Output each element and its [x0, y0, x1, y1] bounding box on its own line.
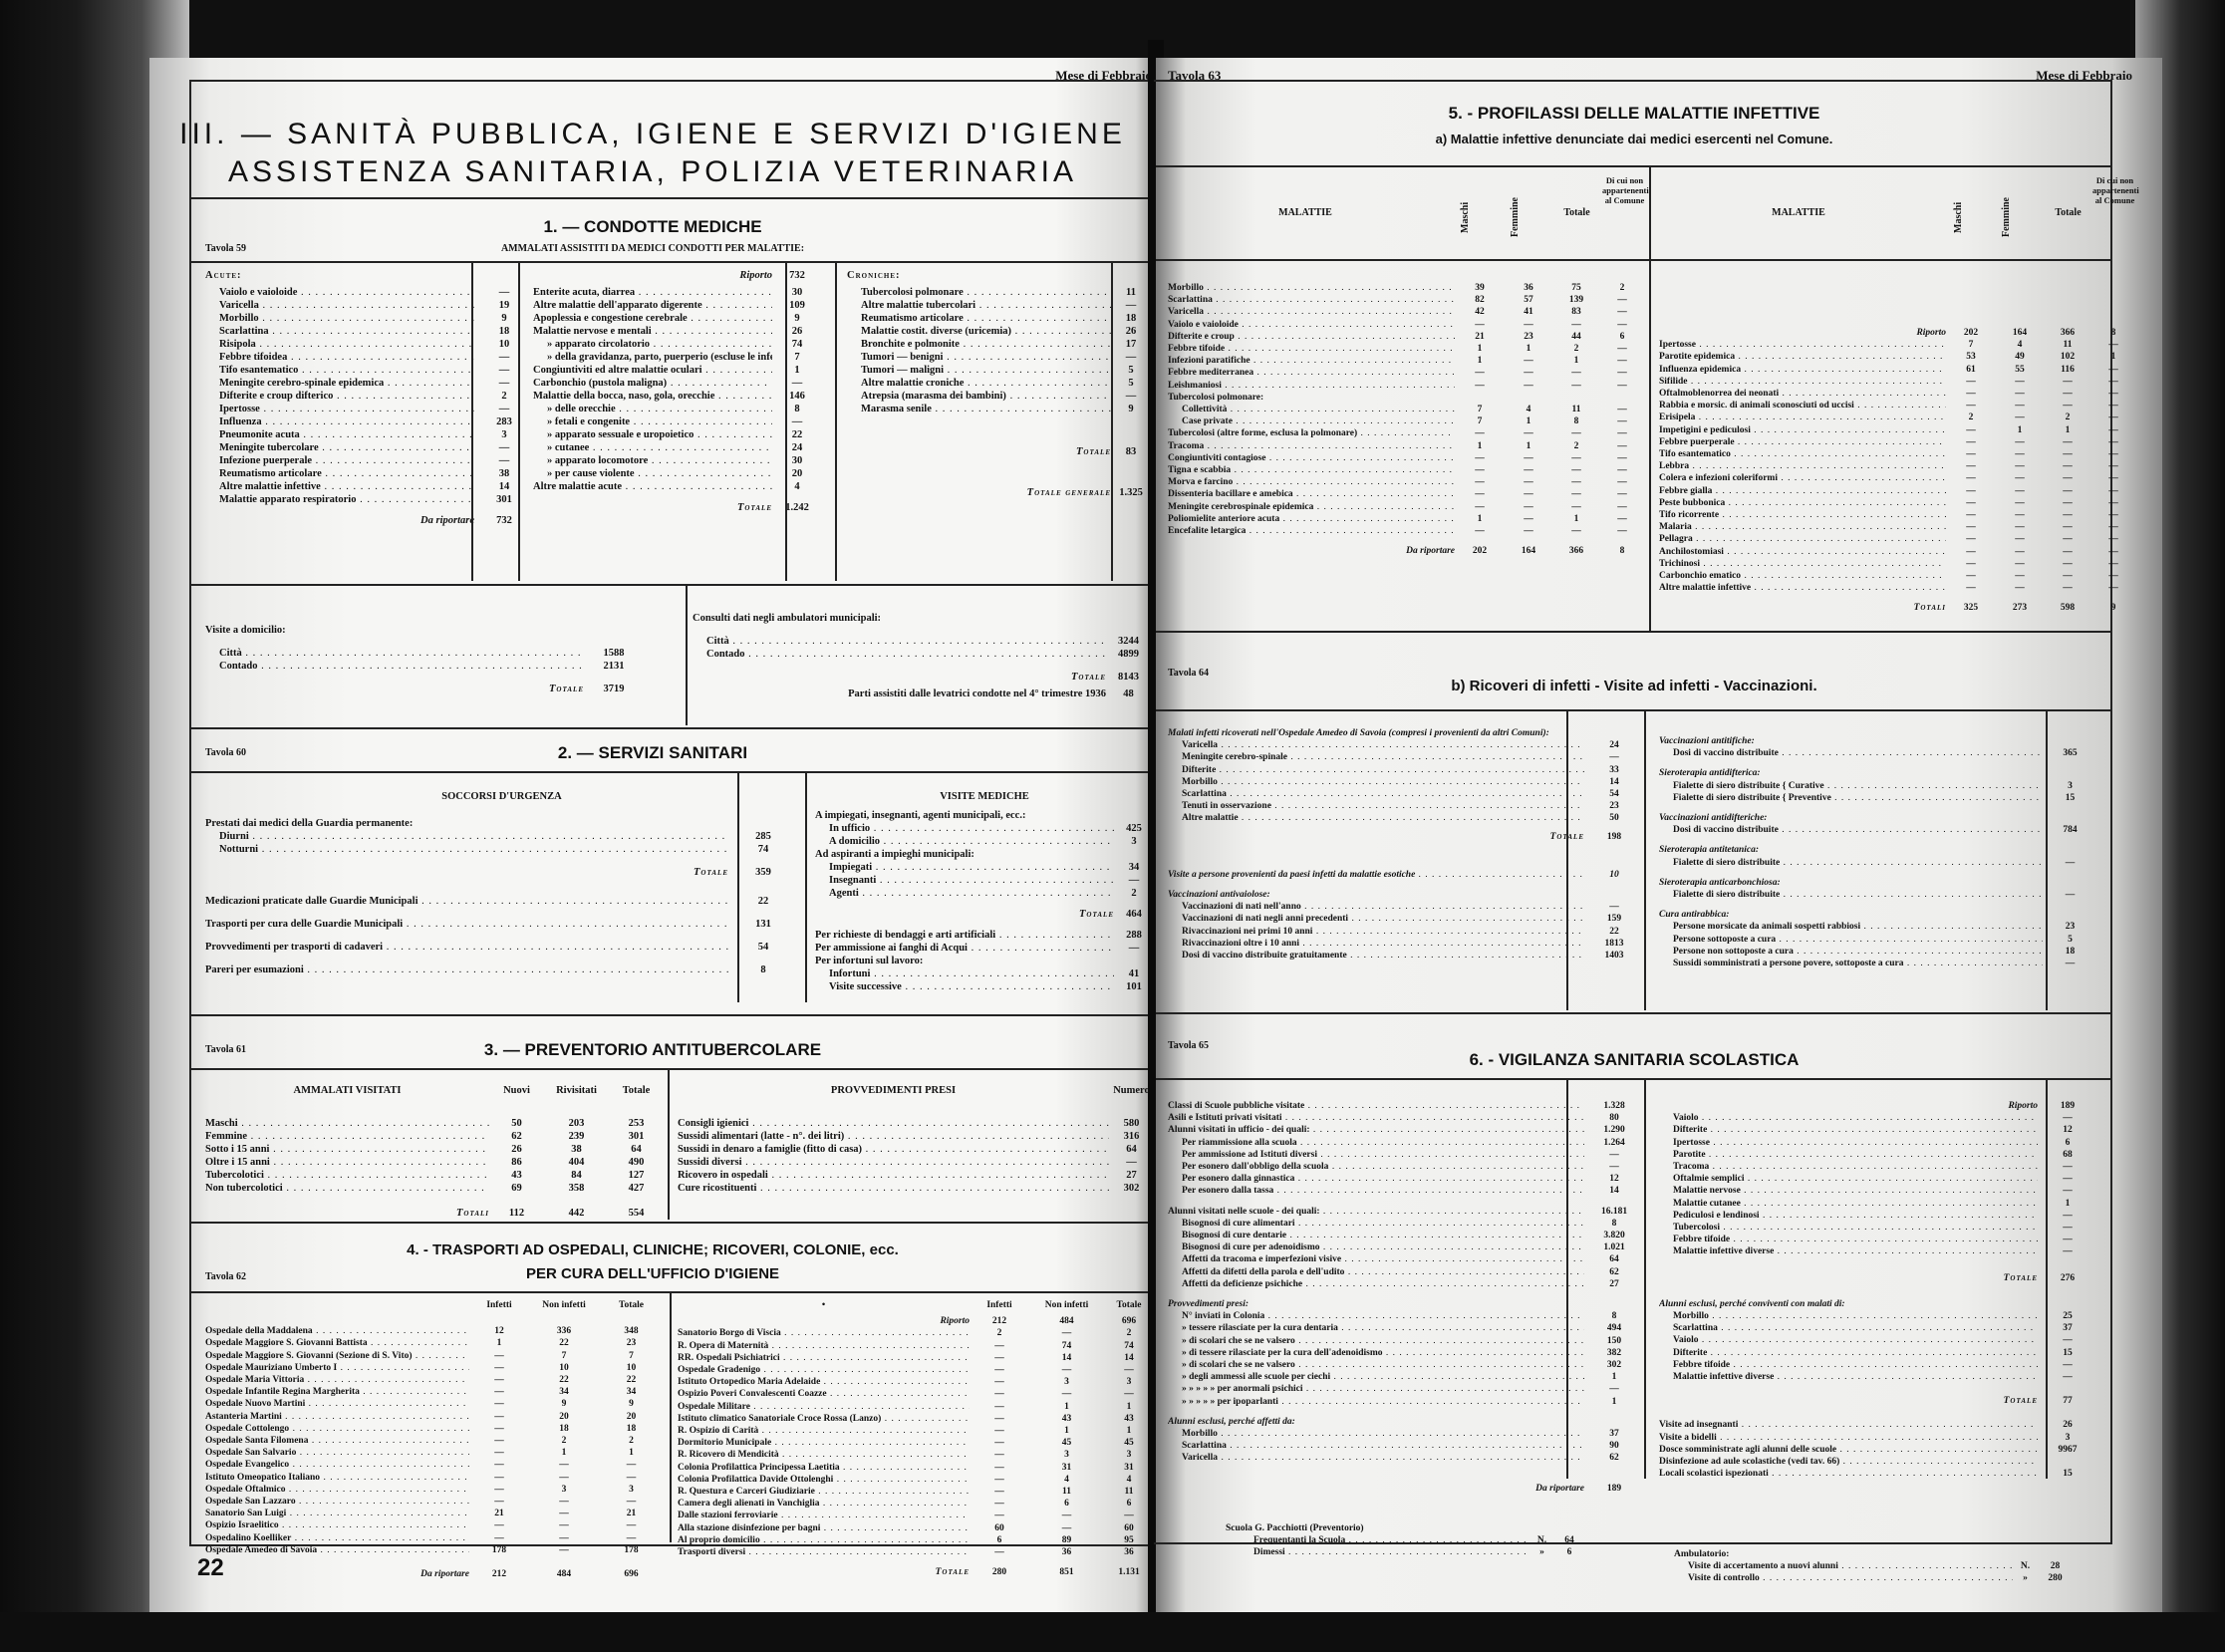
row-value: 7	[1946, 339, 1996, 351]
table-row: Meningite cerebro-spinale epidemica—	[205, 377, 534, 390]
row-label: Morbillo	[1168, 282, 1455, 294]
row-label: Affetti da deficienze psichiche	[1168, 1278, 1584, 1290]
row-value: —	[469, 1484, 529, 1496]
row-value: 109	[772, 299, 822, 312]
table-row: Sotto i 15 anni263864	[205, 1143, 664, 1156]
table-row: » » » » » per anormali psichici—	[1168, 1383, 1644, 1395]
row-value: 44	[1552, 331, 1600, 343]
section-title-trasporti: 4. - TRASPORTI AD OSPEDALI, CLINICHE; RI…	[149, 1241, 1156, 1258]
row-value: 60	[970, 1522, 1029, 1534]
row-label: Malattie nervose	[1659, 1185, 2038, 1197]
row-value: —	[1552, 501, 1600, 513]
table-row: Persone sottoposte a cura5	[1659, 934, 2097, 946]
row-label: Meningite cerebrospinale epidemica	[1168, 501, 1455, 513]
row-value: —	[1455, 427, 1505, 439]
table-row: Morbillo9	[205, 312, 534, 325]
row-value: —	[1600, 427, 1644, 439]
row-value: 20	[772, 467, 822, 480]
row-label: Tracoma	[1168, 440, 1455, 452]
row-value: —	[1946, 570, 1996, 582]
row-label: Visite ad insegnanti	[1659, 1419, 2038, 1431]
row-value: 69	[489, 1182, 544, 1195]
row-value: 61	[1946, 364, 1996, 376]
row-value: —	[1029, 1327, 1104, 1339]
row-value: 784	[2043, 824, 2097, 836]
row-value: 4	[772, 480, 822, 493]
row-label: Ipertosse	[1659, 1137, 2038, 1149]
row-label: Congiuntiviti contagiose	[1168, 452, 1455, 464]
row-value: —	[599, 1532, 664, 1544]
table-row: Pellagra————	[1659, 533, 2135, 545]
group-header: Cura antirabbica:	[1659, 909, 2097, 921]
row-value: 7	[1455, 404, 1505, 415]
row-value: 116	[2044, 364, 2091, 376]
table-row: Non tubercolotici69358427	[205, 1182, 664, 1195]
malattie-table-a: Morbillo3936752Scarlattina8257139—Varice…	[1168, 282, 1644, 557]
row-label: » delle orecchie	[533, 403, 772, 415]
row-value: —	[2091, 424, 2135, 436]
row-label: Febbre gialla	[1659, 485, 1946, 497]
table-row: Provvedimenti per trasporti di cadaveri5…	[205, 941, 798, 954]
table-row: Infortuni41	[815, 967, 1154, 980]
table-row: Femmine62239301	[205, 1130, 664, 1143]
row-value: 14	[1584, 776, 1644, 788]
row-value: 365	[2043, 747, 2097, 759]
row-value: 36	[1104, 1546, 1154, 1558]
row-value: 1588	[584, 647, 644, 660]
table-row: Vaccinazioni di nati nell'anno—	[1168, 901, 1644, 913]
row-value: —	[1996, 460, 2044, 472]
row-label: Bisognosi di cure dentarie	[1168, 1230, 1584, 1241]
row-value: —	[772, 377, 822, 390]
row-value: —	[1505, 380, 1552, 392]
row-value: 150	[1584, 1335, 1644, 1347]
row-label: Tubercolosi	[1659, 1222, 2038, 1234]
row-value: —	[2091, 400, 2135, 412]
table-row: » di scolari che se ne valsero150	[1168, 1335, 1644, 1347]
row-value: 26	[489, 1143, 544, 1156]
row-value: 23	[599, 1337, 664, 1349]
provvedimenti-presi-table: PROVVEDIMENTI PRESINumero Consigli igien…	[678, 1084, 1154, 1195]
section-title-preventorio: 3. — PREVENTORIO ANTITUBERCOLARE	[149, 1040, 1156, 1060]
row-value: —	[1600, 440, 1644, 452]
row-value: 9	[1111, 403, 1151, 415]
row-value: —	[1946, 558, 1996, 570]
row-value: 5	[1111, 364, 1151, 377]
row-value: 23	[1584, 800, 1644, 812]
row-value: 84	[544, 1169, 609, 1182]
row-label: Malattie costit. diverse (uricemia)	[847, 325, 1111, 338]
row-value: —	[1104, 1510, 1154, 1521]
row-value: —	[529, 1472, 599, 1484]
table-row: Tifo ricorrente————	[1659, 509, 2135, 521]
row-value: —	[1946, 472, 1996, 484]
row-value: —	[529, 1544, 599, 1556]
scuola-pacchiotti-footer: Scuola G. Pacchiotti (Preventorio) Frequ…	[1226, 1522, 1584, 1559]
table-row: Altre malattie tubercolari—	[847, 299, 1151, 312]
row-value: —	[469, 1386, 529, 1398]
row-value: —	[2091, 448, 2135, 460]
table-row: Leishmaniosi————	[1168, 380, 1644, 392]
row-label: Scarlattina	[1659, 1322, 2038, 1334]
row-label: Dormitorio Municipale	[678, 1437, 970, 1449]
row-label: Tubercolosi polmonare:	[1168, 392, 1455, 404]
row-value: 1.264	[1584, 1137, 1644, 1149]
row-value: —	[2044, 533, 2091, 545]
row-label: Case private	[1168, 415, 1455, 427]
row-value: —	[474, 377, 534, 390]
row-value: 301	[609, 1130, 664, 1143]
row-value: —	[2044, 376, 2091, 388]
table-row: Sussidi alimentari (latte - n°. dei litr…	[678, 1130, 1154, 1143]
row-label: Ospedale Gradenigo	[678, 1364, 970, 1376]
row-value: —	[970, 1340, 1029, 1352]
row-value: 57	[1505, 294, 1552, 306]
row-value: 1	[1455, 440, 1505, 452]
row-value: 2	[2044, 412, 2091, 423]
row-value: —	[474, 364, 534, 377]
row-label: Contado	[205, 660, 584, 673]
row-value: 39	[1455, 282, 1505, 294]
row-value: —	[2091, 412, 2135, 423]
row-label: Per richieste di bendaggi e arti artific…	[815, 929, 1114, 942]
row-value: —	[2044, 570, 2091, 582]
row-label: Agenti	[815, 887, 1114, 900]
row-label: Parotite	[1659, 1149, 2038, 1161]
table-row: Fialette di siero distribuite—	[1659, 857, 2097, 869]
row-value: —	[970, 1510, 1029, 1521]
row-label: Persone non sottoposte a cura	[1659, 946, 2043, 958]
row-label: Scarlattina	[1168, 788, 1584, 800]
row-value: —	[474, 286, 534, 299]
row-value: 203	[544, 1117, 609, 1130]
row-value: —	[1996, 509, 2044, 521]
row-value: —	[970, 1376, 1029, 1388]
table-row: Morbillo37	[1168, 1428, 1644, 1440]
row-value: 18	[599, 1423, 664, 1435]
row-value: —	[2044, 558, 2091, 570]
row-value: —	[970, 1486, 1029, 1498]
row-label: Locali scolastici ispezionati	[1659, 1468, 2038, 1480]
row-value: 7	[529, 1350, 599, 1362]
table-row: Meningite cerebro-spinale—	[1168, 751, 1644, 763]
row-label: » tessere rilasciate per la cura dentari…	[1168, 1322, 1584, 1334]
table-row: Sussidi diversi—	[678, 1156, 1154, 1169]
table-row: Per esonero dalla ginnastica12	[1168, 1173, 1644, 1185]
table-row: Al proprio domicilio68995	[678, 1534, 1154, 1546]
row-label: Febbre tifoide	[1659, 1359, 2038, 1371]
row-value: —	[599, 1459, 664, 1471]
table-row: Ospedale Militare—11	[678, 1401, 1154, 1413]
row-value: —	[1600, 355, 1644, 367]
row-label: » per cause violente	[533, 467, 772, 480]
row-value: 62	[489, 1130, 544, 1143]
ammalati-visitati-table: AMMALATI VISITATINuoviRivisitatiTotale M…	[205, 1084, 664, 1220]
table-row: Difterite15	[1659, 1347, 2097, 1359]
row-value: —	[2091, 546, 2135, 558]
table-row: Medicazioni praticate dalle Guardie Muni…	[205, 895, 798, 908]
row-value: —	[970, 1388, 1029, 1400]
row-value: 21	[469, 1508, 529, 1519]
table-row: Vaiolo e vaioloide————	[1168, 319, 1644, 331]
consulti-ambulatori: Consulti dati negli ambulatori municipal…	[693, 612, 1151, 700]
row-value: 33	[1584, 764, 1644, 776]
row-value: 102	[2044, 351, 2091, 363]
row-value: —	[2044, 400, 2091, 412]
row-value: 2	[1946, 412, 1996, 423]
row-value: 1	[1996, 424, 2044, 436]
row-value: 336	[529, 1325, 599, 1337]
row-value: —	[1505, 525, 1552, 537]
row-value: —	[474, 441, 534, 454]
row-label: Dosi di vaccino distribuite	[1659, 824, 2043, 836]
table-row: Ospedale Santa Filomena—22	[205, 1435, 664, 1447]
left-page: Mese di Febbraio III. — SANITÀ PUBBLICA,…	[149, 58, 1156, 1612]
table-row: Per ammissione ai fanghi di Acqui—	[815, 942, 1154, 955]
row-value: 1	[1584, 1396, 1644, 1408]
row-value: —	[1946, 485, 1996, 497]
row-value: —	[2044, 497, 2091, 509]
table-row: Notturni74	[205, 843, 798, 856]
table-row: Tumori — maligni5	[847, 364, 1151, 377]
row-label: Meningite tubercolare	[205, 441, 474, 454]
row-value: —	[1946, 388, 1996, 400]
row-label: Consigli igienici	[678, 1117, 1109, 1130]
row-value: —	[2044, 485, 2091, 497]
table-row: Ospizio Poveri Convalescenti Coazze———	[678, 1388, 1154, 1400]
row-label: Morbillo	[1168, 1428, 1584, 1440]
trasporti-table-a: InfettiNon infettiTotale Ospedale della …	[205, 1299, 664, 1580]
row-label: Sussidi somministrati a persone povere, …	[1659, 958, 2043, 969]
row-value: 4899	[1106, 648, 1151, 661]
row-label: Difterite	[1659, 1347, 2038, 1359]
row-value: —	[2091, 364, 2135, 376]
row-value: 17	[1111, 338, 1151, 351]
table-row: Pneumonite acuta3	[205, 428, 534, 441]
table-row: A domicilio3	[815, 835, 1154, 848]
table-row: Tracoma112—	[1168, 440, 1644, 452]
row-value: 83	[1552, 306, 1600, 318]
row-value: —	[2044, 472, 2091, 484]
table-row: Bisognosi di cure per adenoidismo1.021	[1168, 1241, 1644, 1253]
row-value: 239	[544, 1130, 609, 1143]
row-label: Al proprio domicilio	[678, 1534, 970, 1546]
row-value: —	[1600, 501, 1644, 513]
table-row: Città1588	[205, 647, 644, 660]
table-row: Atrepsia (marasma dei bambini)—	[847, 390, 1151, 403]
table-row: Varicella24	[1168, 739, 1644, 751]
row-value: 43	[1104, 1413, 1154, 1425]
row-label: Ospedale Oftalmico	[205, 1484, 469, 1496]
row-value: 28	[2038, 1560, 2073, 1572]
table-row: Rivaccinazioni nei primi 10 anni22	[1168, 926, 1644, 938]
row-value: 95	[1104, 1534, 1154, 1546]
row-label: Ospedale Infantile Regina Margherita	[205, 1386, 469, 1398]
vigilanza-table-b: Riporto189 Vaiolo—Difterite12Ipertosse6P…	[1659, 1100, 2097, 1480]
row-label: R. Ospizio di Carità	[678, 1425, 970, 1437]
row-value: —	[469, 1447, 529, 1459]
table-row: Febbre gialla————	[1659, 485, 2135, 497]
table-row: RR. Ospedali Psichiatrici—1414	[678, 1352, 1154, 1364]
row-label: Ospedale San Lazzaro	[205, 1496, 469, 1508]
table-row: Diurni285	[205, 830, 798, 843]
row-value: —	[1455, 319, 1505, 331]
row-value: —	[1600, 464, 1644, 476]
section-title-profilassi: 5. - PROFILASSI DELLE MALATTIE INFETTIVE	[1156, 104, 2112, 124]
table-row: Dosce somministrate agli alunni delle sc…	[1659, 1444, 2097, 1456]
table-row: Ospedale Amedeo di Savoia178—178	[205, 1544, 664, 1556]
table-row: Ipertosse7411—	[1659, 339, 2135, 351]
table-row: Morbillo25	[1659, 1310, 2097, 1322]
row-value: —	[2091, 460, 2135, 472]
table-row: Cure ricostituenti302	[678, 1182, 1154, 1195]
row-value: 22	[599, 1374, 664, 1386]
row-value: 2	[474, 390, 534, 403]
row-label: Malattie della bocca, naso, gola, orecch…	[533, 390, 772, 403]
row-value: 3	[599, 1484, 664, 1496]
row-label: » apparato sessuale e uropoietico	[533, 428, 772, 441]
row-label: Meningite cerebro-spinale	[1168, 751, 1584, 763]
table-row: » di scolari che se ne valsero302	[1168, 1359, 1644, 1371]
row-label: Affetti da tracoma e imperfezioni visive	[1168, 1253, 1584, 1265]
table-row: Ricovero in ospedali27	[678, 1169, 1154, 1182]
row-label: Vaiolo	[1659, 1334, 2038, 1346]
row-label: Dimessi	[1226, 1546, 1530, 1558]
row-value: 8	[1584, 1310, 1644, 1322]
table-row: Per esonero dall'obbligo della scuola—	[1168, 1161, 1644, 1173]
row-label: » fetali e congenite	[533, 415, 772, 428]
row-value: —	[529, 1459, 599, 1471]
row-value: 49	[1996, 351, 2044, 363]
row-value: 3244	[1106, 635, 1151, 648]
table-row: Tubercolosi polmonare:	[1168, 392, 1644, 404]
row-value: 11	[2044, 339, 2091, 351]
table-row: Fialette di siero distribuite { Curative…	[1659, 780, 2097, 792]
table-row: Sifilide————	[1659, 376, 2135, 388]
table-row: Malaria————	[1659, 521, 2135, 533]
table-row: Visite di controllo»280	[1674, 1572, 2073, 1584]
table-row: Vaiolo e vaioloide—	[205, 286, 534, 299]
row-label: » di scolari che se ne valsero	[1168, 1359, 1584, 1371]
row-label: A domicilio	[815, 835, 1114, 848]
row-label: Asili e Istituti privati visitati	[1168, 1112, 1584, 1124]
row-value: 4	[1029, 1474, 1104, 1486]
row-label: Varicella	[1168, 739, 1584, 751]
row-value: —	[2091, 376, 2135, 388]
row-value	[1552, 392, 1600, 404]
row-label: Vaiolo e vaioloide	[1168, 319, 1455, 331]
row-value: —	[2091, 582, 2135, 594]
row-label: Erisipela	[1659, 412, 1946, 423]
table-row: Bisognosi di cure dentarie3.820	[1168, 1230, 1644, 1241]
row-label: Frequentanti la Scuola	[1226, 1534, 1530, 1546]
row-value: 1	[469, 1337, 529, 1349]
table-row: Infezioni paratifiche1—1—	[1168, 355, 1644, 367]
row-value: 34	[599, 1386, 664, 1398]
table-row: Malattie nervose—	[1659, 1185, 2097, 1197]
row-label: » » » » » per ipoparlanti	[1168, 1396, 1584, 1408]
table-row: Altre malattie dell'apparato digerente10…	[533, 299, 822, 312]
row-value: 1	[1029, 1425, 1104, 1437]
row-value: —	[970, 1474, 1029, 1486]
row-value: 22	[1584, 926, 1644, 938]
row-label: Altre malattie dell'apparato digerente	[533, 299, 772, 312]
table-row: Scarlattina18	[205, 325, 534, 338]
row-label: Per riammissione alla scuola	[1168, 1137, 1584, 1149]
table-row: Ospedale Maggiore S. Giovanni Battista12…	[205, 1337, 664, 1349]
row-value: 86	[489, 1156, 544, 1169]
row-label: Persone morsicate da animali sospetti ra…	[1659, 921, 2043, 933]
row-value: 21	[1455, 331, 1505, 343]
row-label: Ipertosse	[205, 403, 474, 415]
row-label: Bronchite e polmonite	[847, 338, 1111, 351]
table-row: Ospedale Oftalmico—33	[205, 1484, 664, 1496]
row-label: » cutanee	[533, 441, 772, 454]
row-value: 37	[1584, 1428, 1644, 1440]
table-row: Persone morsicate da animali sospetti ra…	[1659, 921, 2097, 933]
row-label: Varicella	[1168, 306, 1455, 318]
table-row: Meningite cerebrospinale epidemica————	[1168, 501, 1644, 513]
row-value: —	[1600, 404, 1644, 415]
row-label: Varicella	[205, 299, 474, 312]
row-label: Dissenteria bacillare e amebica	[1168, 488, 1455, 500]
table-row: Trichinosi————	[1659, 558, 2135, 570]
row-value: 22	[529, 1337, 599, 1349]
row-label: » apparato circolatorio	[533, 338, 772, 351]
row-label: Reumatismo articolare	[847, 312, 1111, 325]
row-value: N.	[2013, 1560, 2038, 1572]
row-value: —	[1505, 367, 1552, 379]
row-value: 14	[1104, 1352, 1154, 1364]
row-value: 6	[1600, 331, 1644, 343]
group-header: Vaccinazioni antidifteriche:	[1659, 812, 2097, 824]
row-value: —	[1552, 476, 1600, 488]
row-value: —	[970, 1401, 1029, 1413]
table-row: Scarlattina54	[1168, 788, 1644, 800]
row-label: R. Opera di Maternità	[678, 1340, 970, 1352]
row-label: Malattie apparato respiratorio	[205, 493, 474, 506]
table-row: » apparato locomotore30	[533, 454, 822, 467]
row-label: Collettività	[1168, 404, 1455, 415]
row-value: 12	[1584, 1173, 1644, 1185]
row-value: 6	[970, 1534, 1029, 1546]
row-value: —	[1584, 751, 1644, 763]
row-value: 14	[1584, 1185, 1644, 1197]
row-label: Tubercolosi (altre forme, esclusa la pol…	[1168, 427, 1455, 439]
row-value: —	[2044, 460, 2091, 472]
row-value: —	[970, 1352, 1029, 1364]
table-row: Ospedalino Koelliker———	[205, 1532, 664, 1544]
row-value: 139	[1552, 294, 1600, 306]
table-row: Ospedale Cottolengo—1818	[205, 1423, 664, 1435]
row-label: Tifo esantematico	[1659, 448, 1946, 460]
row-value: —	[1946, 460, 1996, 472]
table-row: Dalle stazioni ferroviarie———	[678, 1510, 1154, 1521]
row-label: Ipertosse	[1659, 339, 1946, 351]
row-value: 31	[1029, 1462, 1104, 1474]
row-label: Lebbra	[1659, 460, 1946, 472]
row-value: —	[474, 454, 534, 467]
row-value: —	[1455, 501, 1505, 513]
row-label: Tubercolosi polmonare	[847, 286, 1111, 299]
row-label: Notturni	[205, 843, 728, 856]
row-label: Poliomielite anteriore acuta	[1168, 513, 1455, 525]
table-row: Ospedale San Salvario—11	[205, 1447, 664, 1459]
section-title-vigilanza: 6. - VIGILANZA SANITARIA SCOLASTICA	[1156, 1050, 2112, 1070]
row-value: 64	[1554, 1534, 1584, 1546]
row-label: Cure ricostituenti	[678, 1182, 1109, 1195]
row-value: 1	[1104, 1425, 1154, 1437]
